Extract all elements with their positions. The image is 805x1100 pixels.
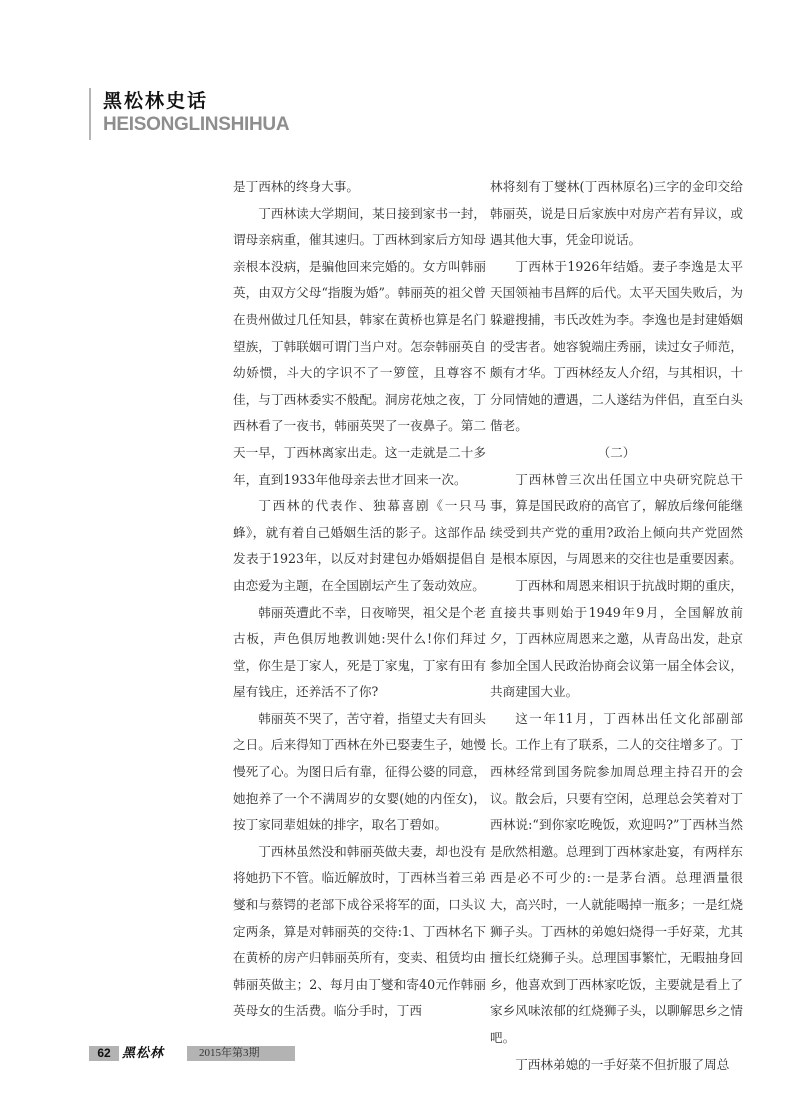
paragraph: 丁西林曾三次出任国立中央研究院总干事，算是国民政府的高官了，解放后缘何能继续受到… xyxy=(490,467,743,573)
page-footer: 62 黑松林 2015年第3期 xyxy=(89,1046,295,1061)
page-number: 62 xyxy=(89,1046,119,1061)
paragraph: 丁西林和周恩来相识于抗战时期的重庆，直接共事则始于1949年9月，全国解放前夕，… xyxy=(490,573,743,706)
section-title-chinese: 黑松林史话 xyxy=(103,89,289,113)
paragraph: 丁西林弟媳的一手好菜不但折服了周总 xyxy=(490,1052,743,1079)
paragraph: 林将刻有丁燮林(丁西林原名)三字的金印交给韩丽英，说是日后家族中对房产若有异议，… xyxy=(490,174,743,254)
paragraph: 丁西林于1926年结婚。妻子李逸是太平天国领袖韦昌辉的后代。太平天国失败后，为躲… xyxy=(490,254,743,440)
paragraph: 韩丽英遭此不幸，日夜啼哭，祖父是个老古板，声色俱厉地教训她:哭什么!你们拜过堂，… xyxy=(233,600,486,706)
paragraph: 这一年11月，丁西林出任文化部副部长。工作上有了联系，二人的交往增多了。丁西林经… xyxy=(490,706,743,1052)
article-column-left: 是丁西林的终身大事。 丁西林读大学期间，某日接到家书一封，谓母亲病重，催其速归。… xyxy=(233,174,486,1025)
paragraph: 是丁西林的终身大事。 xyxy=(233,174,486,201)
magazine-logo: 黑松林 xyxy=(119,1046,187,1061)
section-title-pinyin: HEISONGLINSHIHUA xyxy=(103,113,289,137)
paragraph: 韩丽英不哭了，苦守着，指望丈夫有回头之日。后来得知丁西林在外已娶妻生子，她慢慢死… xyxy=(233,706,486,839)
paragraph: 丁西林的代表作、独幕喜剧《一只马蜂》，就有着自己婚姻生活的影子。这部作品发表于1… xyxy=(233,493,486,599)
paragraph: 丁西林虽然没和韩丽英做夫妻，却也没有将她扔下不管。临近解放时，丁西林当着三弟燮和… xyxy=(233,839,486,1025)
article-column-right: 林将刻有丁燮林(丁西林原名)三字的金印交给韩丽英，说是日后家族中对房产若有异议，… xyxy=(490,174,743,1078)
issue-label: 2015年第3期 xyxy=(187,1046,295,1061)
paragraph: 丁西林读大学期间，某日接到家书一封，谓母亲病重，催其速归。丁西林到家后方知母亲根… xyxy=(233,201,486,494)
section-header: 黑松林史话 HEISONGLINSHIHUA xyxy=(89,88,289,140)
section-subheading: （二） xyxy=(490,440,743,467)
